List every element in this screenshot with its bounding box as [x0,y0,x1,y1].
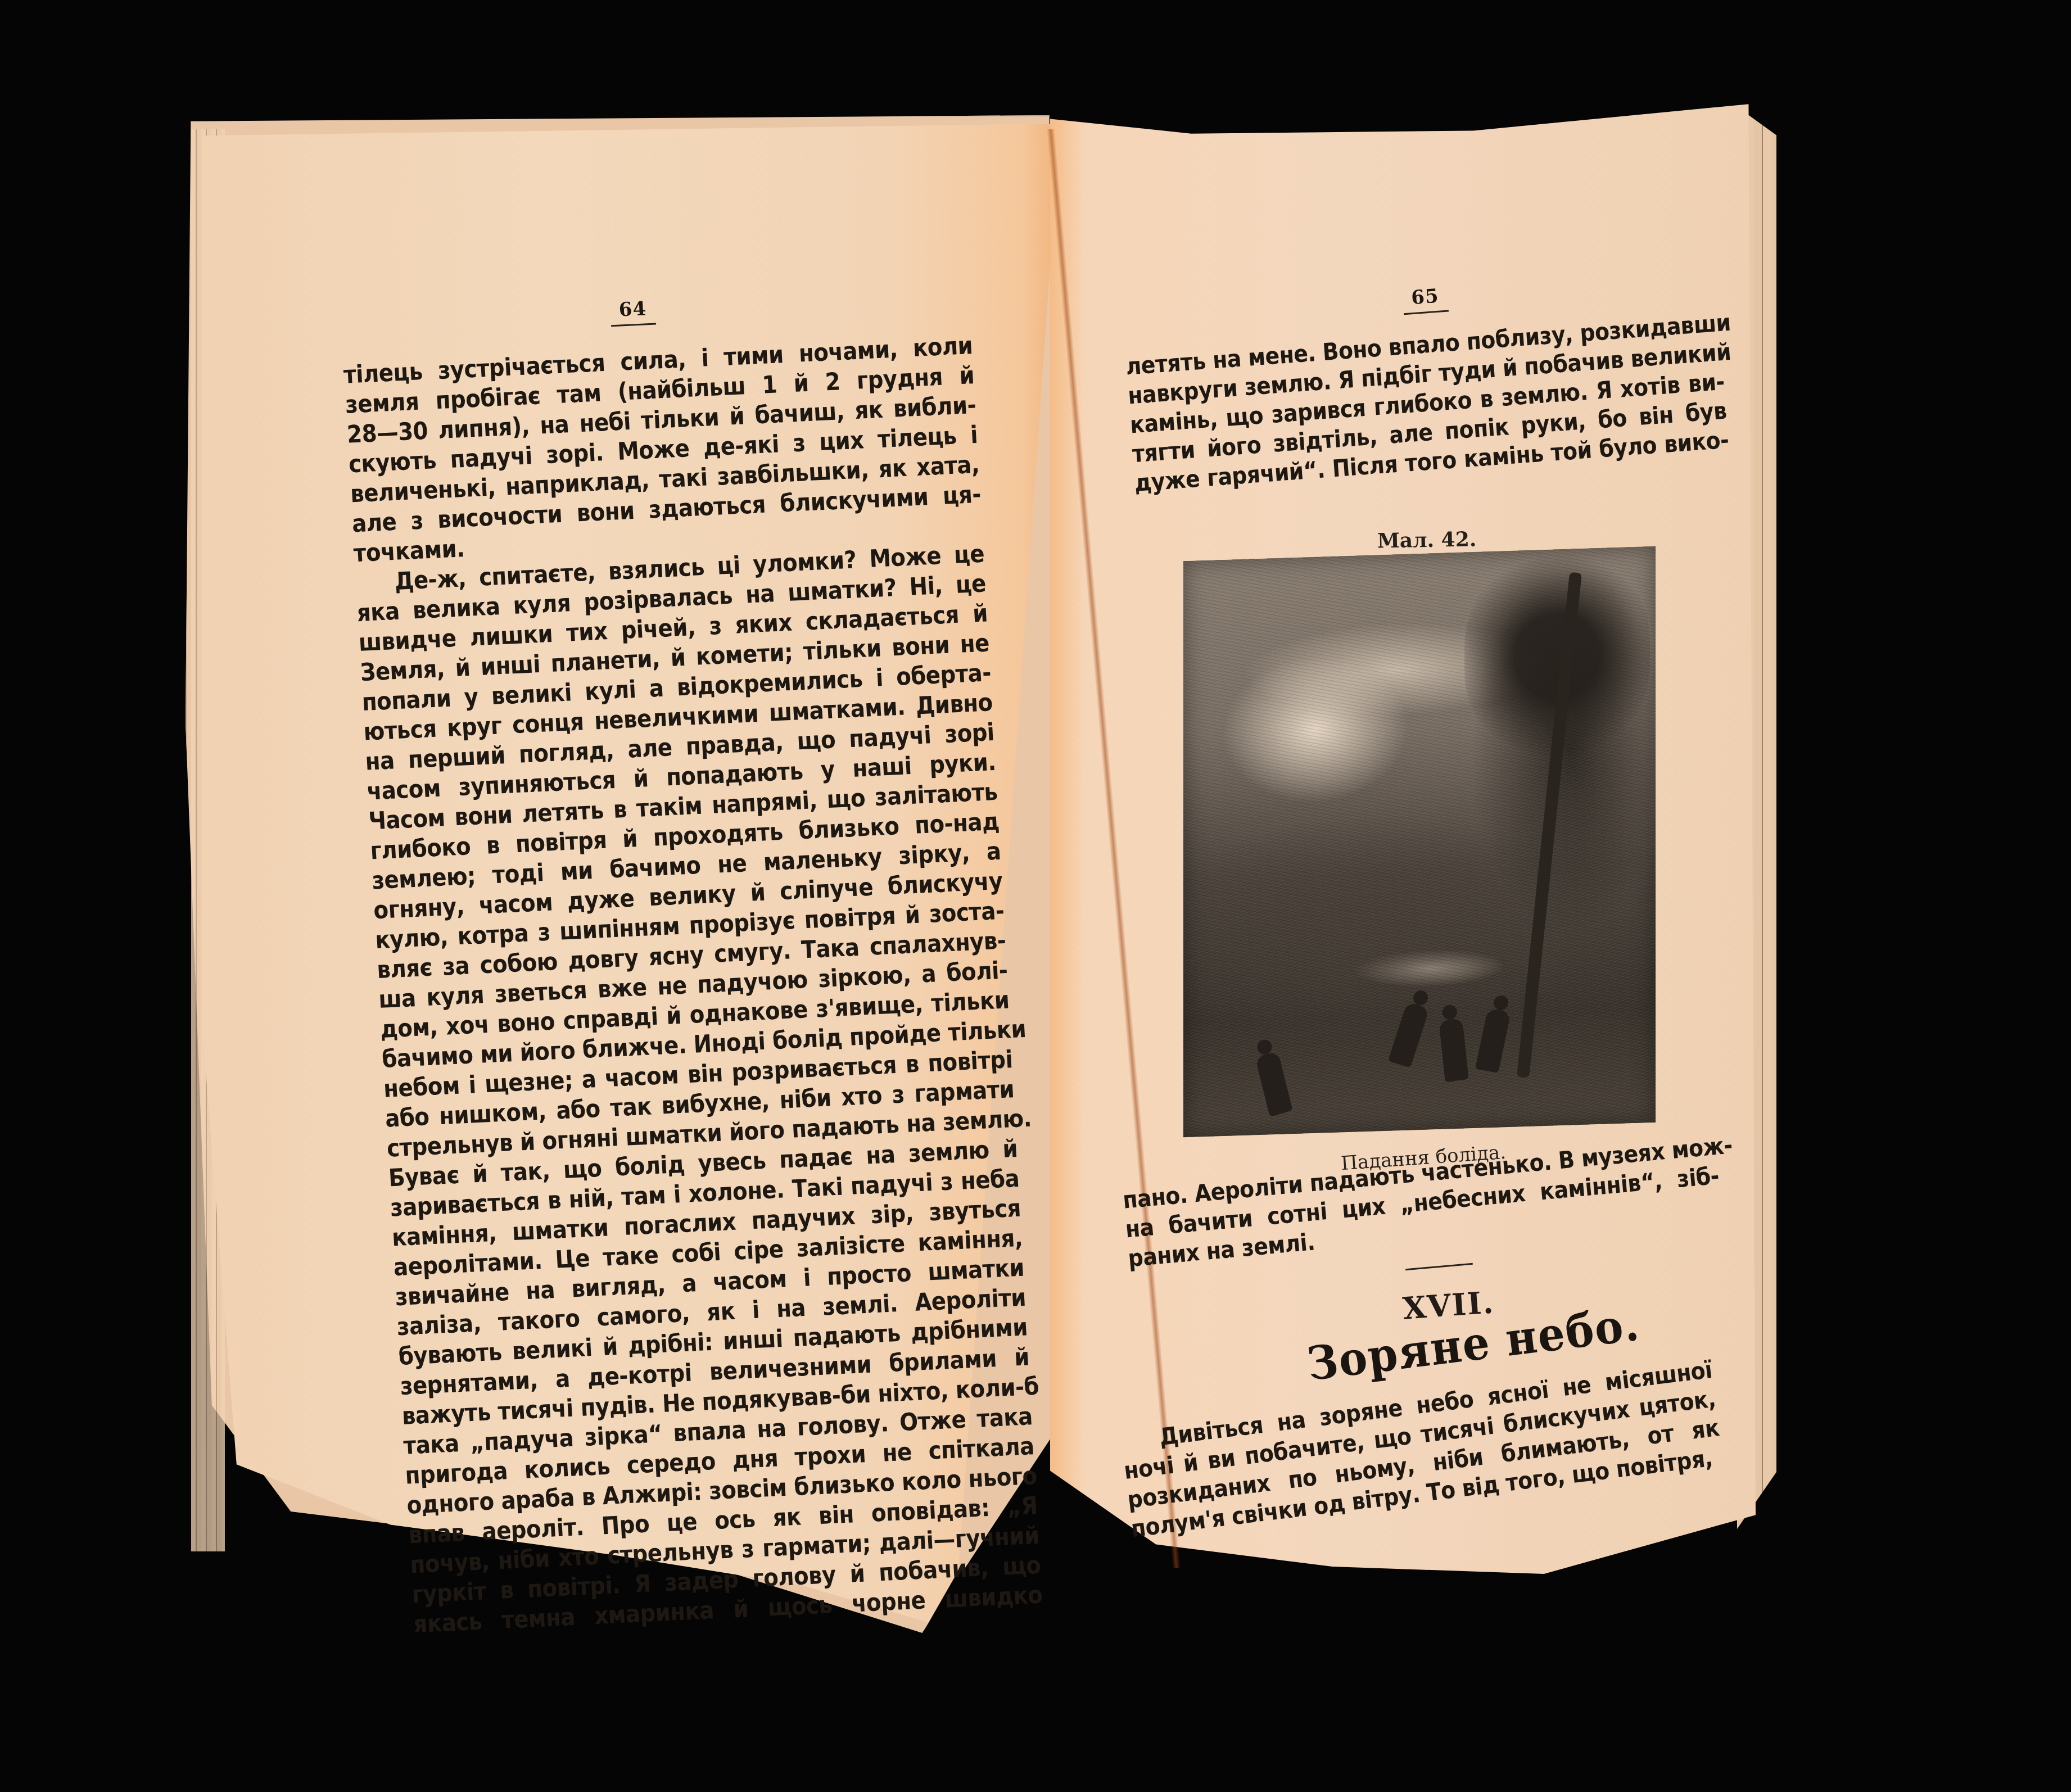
page-number-left: 64 [609,297,656,327]
figure-number: Мал. 42. [1377,527,1477,553]
book-spread: 64 тілець зустрічається сила, і тими ноч… [0,0,2071,1792]
bolide-illustration [1183,546,1656,1137]
page-number-right: 65 [1402,284,1449,315]
left-page-text: 64 тілець зустрічається сила, і тими ноч… [340,282,1043,1640]
